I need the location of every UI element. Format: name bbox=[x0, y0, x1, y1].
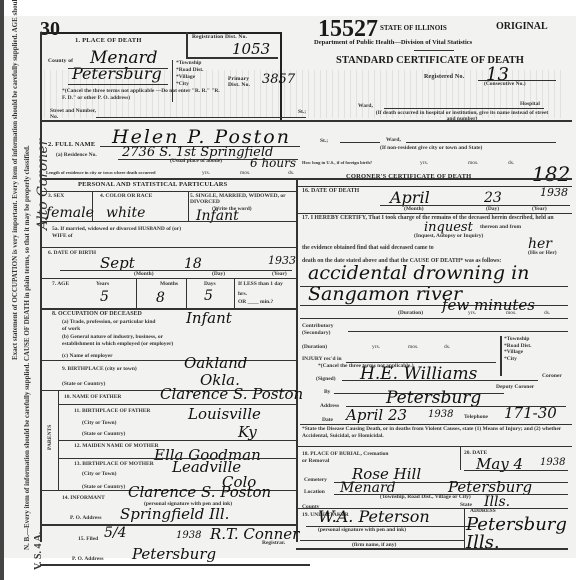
residence-ward-label: Ward, bbox=[386, 137, 401, 143]
consecutive-note: (Consecutive No.) bbox=[484, 81, 526, 87]
informant-address[interactable]: Springfield Ill. bbox=[120, 505, 229, 523]
nonresident-note: (If non-resident give city or town and S… bbox=[380, 145, 482, 151]
coroner-margin-number: 182 bbox=[532, 162, 570, 186]
hospital-note: (If death occurred in hospital or instit… bbox=[372, 110, 552, 122]
parents-side-label: PARENTS bbox=[47, 425, 53, 450]
length-of-residence-value[interactable]: 6 hours bbox=[250, 156, 296, 170]
birthplace-city[interactable]: Oakland bbox=[184, 354, 247, 372]
residence-label: (a) Residence No. bbox=[56, 152, 97, 158]
age-label: 7. AGE bbox=[52, 281, 69, 287]
undertaker-signature[interactable]: W.A. Peterson bbox=[318, 507, 430, 526]
cause-line-1[interactable]: accidental drowning in bbox=[308, 262, 529, 284]
race-value[interactable]: white bbox=[106, 205, 145, 221]
scan-edge bbox=[0, 0, 4, 580]
burial-label: 18. PLACE OF BURIAL, Cremation or Remova… bbox=[302, 451, 392, 464]
injury-township-options: *Township *Road Dist. *Village *City bbox=[504, 336, 532, 362]
contributory-label: Contributory (Secondary) bbox=[302, 323, 348, 337]
filed-label: 15. Filed bbox=[78, 536, 98, 542]
left-margin: Exact statement of OCCUPATION is very im… bbox=[5, 30, 43, 570]
coroner-address[interactable]: Petersburg bbox=[386, 388, 481, 408]
coroner-section-label: CORONER'S CERTIFICATE OF DEATH bbox=[346, 173, 471, 180]
coroner-date[interactable]: April 23 bbox=[346, 406, 407, 424]
dob-label: 6. DATE OF BIRTH bbox=[48, 250, 96, 256]
mother-label: 12. MAIDEN NAME OF MOTHER bbox=[74, 443, 159, 449]
informant-value[interactable]: Clarence S. Poston bbox=[128, 483, 271, 501]
us-residence-label: How long in U.S., if of foreign birth? bbox=[302, 160, 372, 165]
informant-label: 14. INFORMANT bbox=[62, 495, 105, 501]
father-value[interactable]: Clarence S. Poston bbox=[160, 385, 303, 403]
father-label: 10. NAME OF FATHER bbox=[64, 394, 121, 400]
father-birth-state[interactable]: Ky bbox=[238, 423, 257, 441]
burial-date-year[interactable]: 1938 bbox=[540, 457, 565, 468]
filed-year[interactable]: 1938 bbox=[176, 530, 201, 541]
primary-dist-label: Primary Dist. No. bbox=[228, 76, 258, 88]
father-birth-city[interactable]: Louisville bbox=[188, 405, 261, 423]
registrar-name[interactable]: R.T. Conner bbox=[210, 525, 299, 543]
undertaker-address[interactable]: Petersburg Ills. bbox=[466, 516, 566, 552]
cancel-note: *(Cancel the three terms not applicable … bbox=[62, 88, 222, 102]
department-label: Department of Public Health—Division of … bbox=[314, 39, 472, 46]
cause-instructions: *State the Disease Causing Death, or in … bbox=[302, 426, 566, 439]
duration-value[interactable]: few minutes bbox=[442, 296, 535, 314]
town-value[interactable]: Petersburg bbox=[72, 64, 162, 83]
registered-label: Registered No. bbox=[424, 74, 464, 80]
mother-birth-label: 13. BIRTHPLACE OF MOTHER bbox=[74, 461, 154, 467]
ward-label: Ward, bbox=[358, 103, 373, 109]
county-label: County of bbox=[48, 58, 73, 64]
occupation-value[interactable]: Infant bbox=[186, 309, 232, 327]
race-label: 4. COLOR OR RACE bbox=[100, 193, 152, 199]
death-year[interactable]: 1938 bbox=[540, 186, 568, 199]
coroner-date-year[interactable]: 1938 bbox=[428, 409, 453, 420]
marital-label: 5. SINGLE, MARRIED, WIDOWED, or DIVORCED bbox=[190, 193, 296, 205]
filed-date[interactable]: 5/4 bbox=[104, 525, 127, 541]
township-options: *Township *Road Dist. *Village *City bbox=[176, 60, 204, 88]
full-name-label: 2. FULL NAME bbox=[48, 141, 95, 148]
birthplace-label: 9. BIRTHPLACE (city or town) bbox=[62, 366, 137, 372]
primary-dist-value[interactable]: 3857 bbox=[262, 72, 295, 87]
age-days[interactable]: 5 bbox=[204, 288, 213, 304]
filing-address[interactable]: Petersburg bbox=[132, 545, 216, 563]
injury-label: INJURY rec'd in bbox=[302, 356, 342, 362]
personal-section-label: PERSONAL AND STATISTICAL PARTICULARS bbox=[78, 181, 227, 188]
occupation-label: 8. OCCUPATION OF DECEASED bbox=[52, 311, 142, 317]
st-label: St.; bbox=[298, 109, 306, 115]
coroner-telephone[interactable]: 171-30 bbox=[504, 404, 557, 422]
sex-label: 3. SEX bbox=[48, 193, 64, 199]
registration-dist-no[interactable]: 1053 bbox=[232, 40, 270, 58]
residence-note: (Usual place of abode) bbox=[170, 158, 222, 164]
margin-note-top: Exact statement of OCCUPATION is very im… bbox=[11, 0, 19, 360]
spouse-label: 5a. If married, widowed or divorced HUSB… bbox=[52, 226, 182, 240]
father-birth-label: 11. BIRTHPLACE OF FATHER bbox=[74, 408, 150, 414]
original-label: ORIGINAL bbox=[496, 21, 548, 32]
state-label: STATE OF ILLINOIS bbox=[380, 24, 447, 32]
street-label: Street and Number, No. bbox=[50, 108, 100, 120]
residence-st-label: St.; bbox=[320, 138, 328, 144]
death-day[interactable]: 23 bbox=[484, 190, 502, 206]
dob-year[interactable]: 1933 bbox=[268, 254, 296, 267]
age-years[interactable]: 5 bbox=[100, 289, 109, 305]
death-date-label: 16. DATE OF DEATH bbox=[302, 188, 359, 194]
sex-value[interactable]: female bbox=[46, 205, 94, 221]
place-of-death-label: 1. PLACE OF DEATH bbox=[75, 37, 142, 44]
margin-note-bottom: N. B.—Every item of information should b… bbox=[23, 145, 31, 550]
length-of-residence-label: Length of residence in city or town wher… bbox=[46, 170, 156, 175]
hospital-label: Hospital bbox=[520, 101, 540, 107]
age-months[interactable]: 8 bbox=[156, 290, 165, 306]
coroner-signature[interactable]: H.E. Williams bbox=[360, 364, 477, 384]
